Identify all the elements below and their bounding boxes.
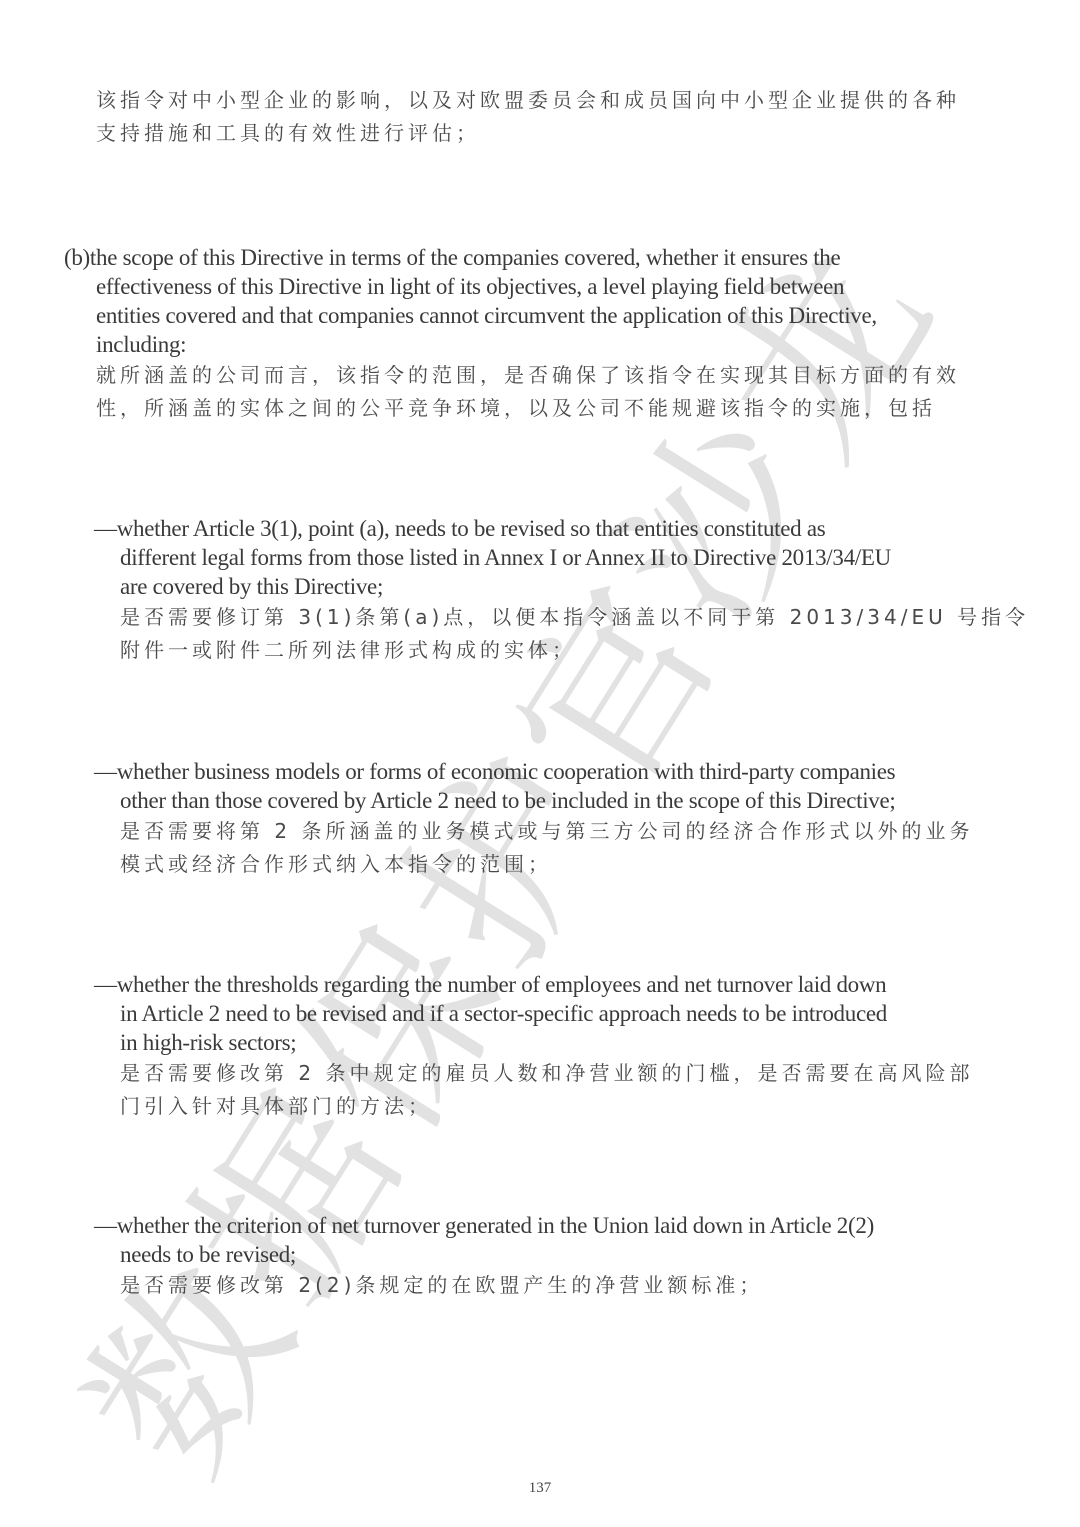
dash-marker: — — [94, 1213, 117, 1238]
text-line: entities covered and that companies cann… — [64, 301, 960, 330]
sub-item: —whether the thresholds regarding the nu… — [94, 970, 973, 1123]
text-line: effectiveness of this Directive in light… — [64, 272, 960, 301]
document-page: 数据保护官沙龙 该指令对中小型企业的影响，以及对欧盟委员会和成员国向中小型企业提… — [0, 0, 1080, 1527]
text-line: in Article 2 need to be revised and if a… — [94, 999, 973, 1028]
text-line: are covered by this Directive; — [94, 572, 1029, 601]
sub-item: —whether business models or forms of eco… — [94, 757, 973, 881]
page-number: 137 — [0, 1480, 1080, 1497]
sub-item: —whether Article 3(1), point (a), needs … — [94, 514, 1029, 667]
intro-paragraph-zh: 该指令对中小型企业的影响，以及对欧盟委员会和成员国向中小型企业提供的各种 支持措… — [96, 84, 960, 150]
text-line: —whether business models or forms of eco… — [94, 757, 973, 786]
text-line: 附件一或附件二所列法律形式构成的实体； — [120, 634, 1029, 667]
text-line: 是否需要修改第 2 条中规定的雇员人数和净营业额的门槛，是否需要在高风险部 — [120, 1057, 973, 1090]
dash-marker: — — [94, 516, 117, 541]
text-line: 是否需要修订第 3(1)条第(a)点，以便本指令涵盖以不同于第 2013/34/… — [120, 601, 1029, 634]
point-marker: (b) — [64, 245, 90, 270]
text-line: 就所涵盖的公司而言，该指令的范围，是否确保了该指令在实现其目标方面的有效 — [96, 359, 960, 392]
text-line: 门引入针对具体部门的方法； — [120, 1090, 973, 1123]
dash-marker: — — [94, 759, 117, 784]
text-line: 该指令对中小型企业的影响，以及对欧盟委员会和成员国向中小型企业提供的各种 — [96, 84, 960, 117]
text-line: 是否需要修改第 2(2)条规定的在欧盟产生的净营业额标准； — [120, 1269, 874, 1302]
text-line: —whether the thresholds regarding the nu… — [94, 970, 973, 999]
text-line: —whether Article 3(1), point (a), needs … — [94, 514, 1029, 543]
text-line: needs to be revised; — [94, 1240, 874, 1269]
sub-item: —whether the criterion of net turnover g… — [94, 1211, 874, 1302]
text-line: (b)the scope of this Directive in terms … — [64, 243, 960, 272]
text-line: different legal forms from those listed … — [94, 543, 1029, 572]
point-b: (b)the scope of this Directive in terms … — [64, 243, 960, 425]
text-line: including: — [64, 330, 960, 359]
text-line: 是否需要将第 2 条所涵盖的业务模式或与第三方公司的经济合作形式以外的业务 — [120, 815, 973, 848]
text-line: 模式或经济合作形式纳入本指令的范围； — [120, 848, 973, 881]
dash-marker: — — [94, 972, 117, 997]
text-line: —whether the criterion of net turnover g… — [94, 1211, 874, 1240]
text-line: 性，所涵盖的实体之间的公平竞争环境，以及公司不能规避该指令的实施，包括 — [96, 392, 960, 425]
text-line: other than those covered by Article 2 ne… — [94, 786, 973, 815]
text-line: 支持措施和工具的有效性进行评估； — [96, 117, 960, 150]
text-line: in high-risk sectors; — [94, 1028, 973, 1057]
